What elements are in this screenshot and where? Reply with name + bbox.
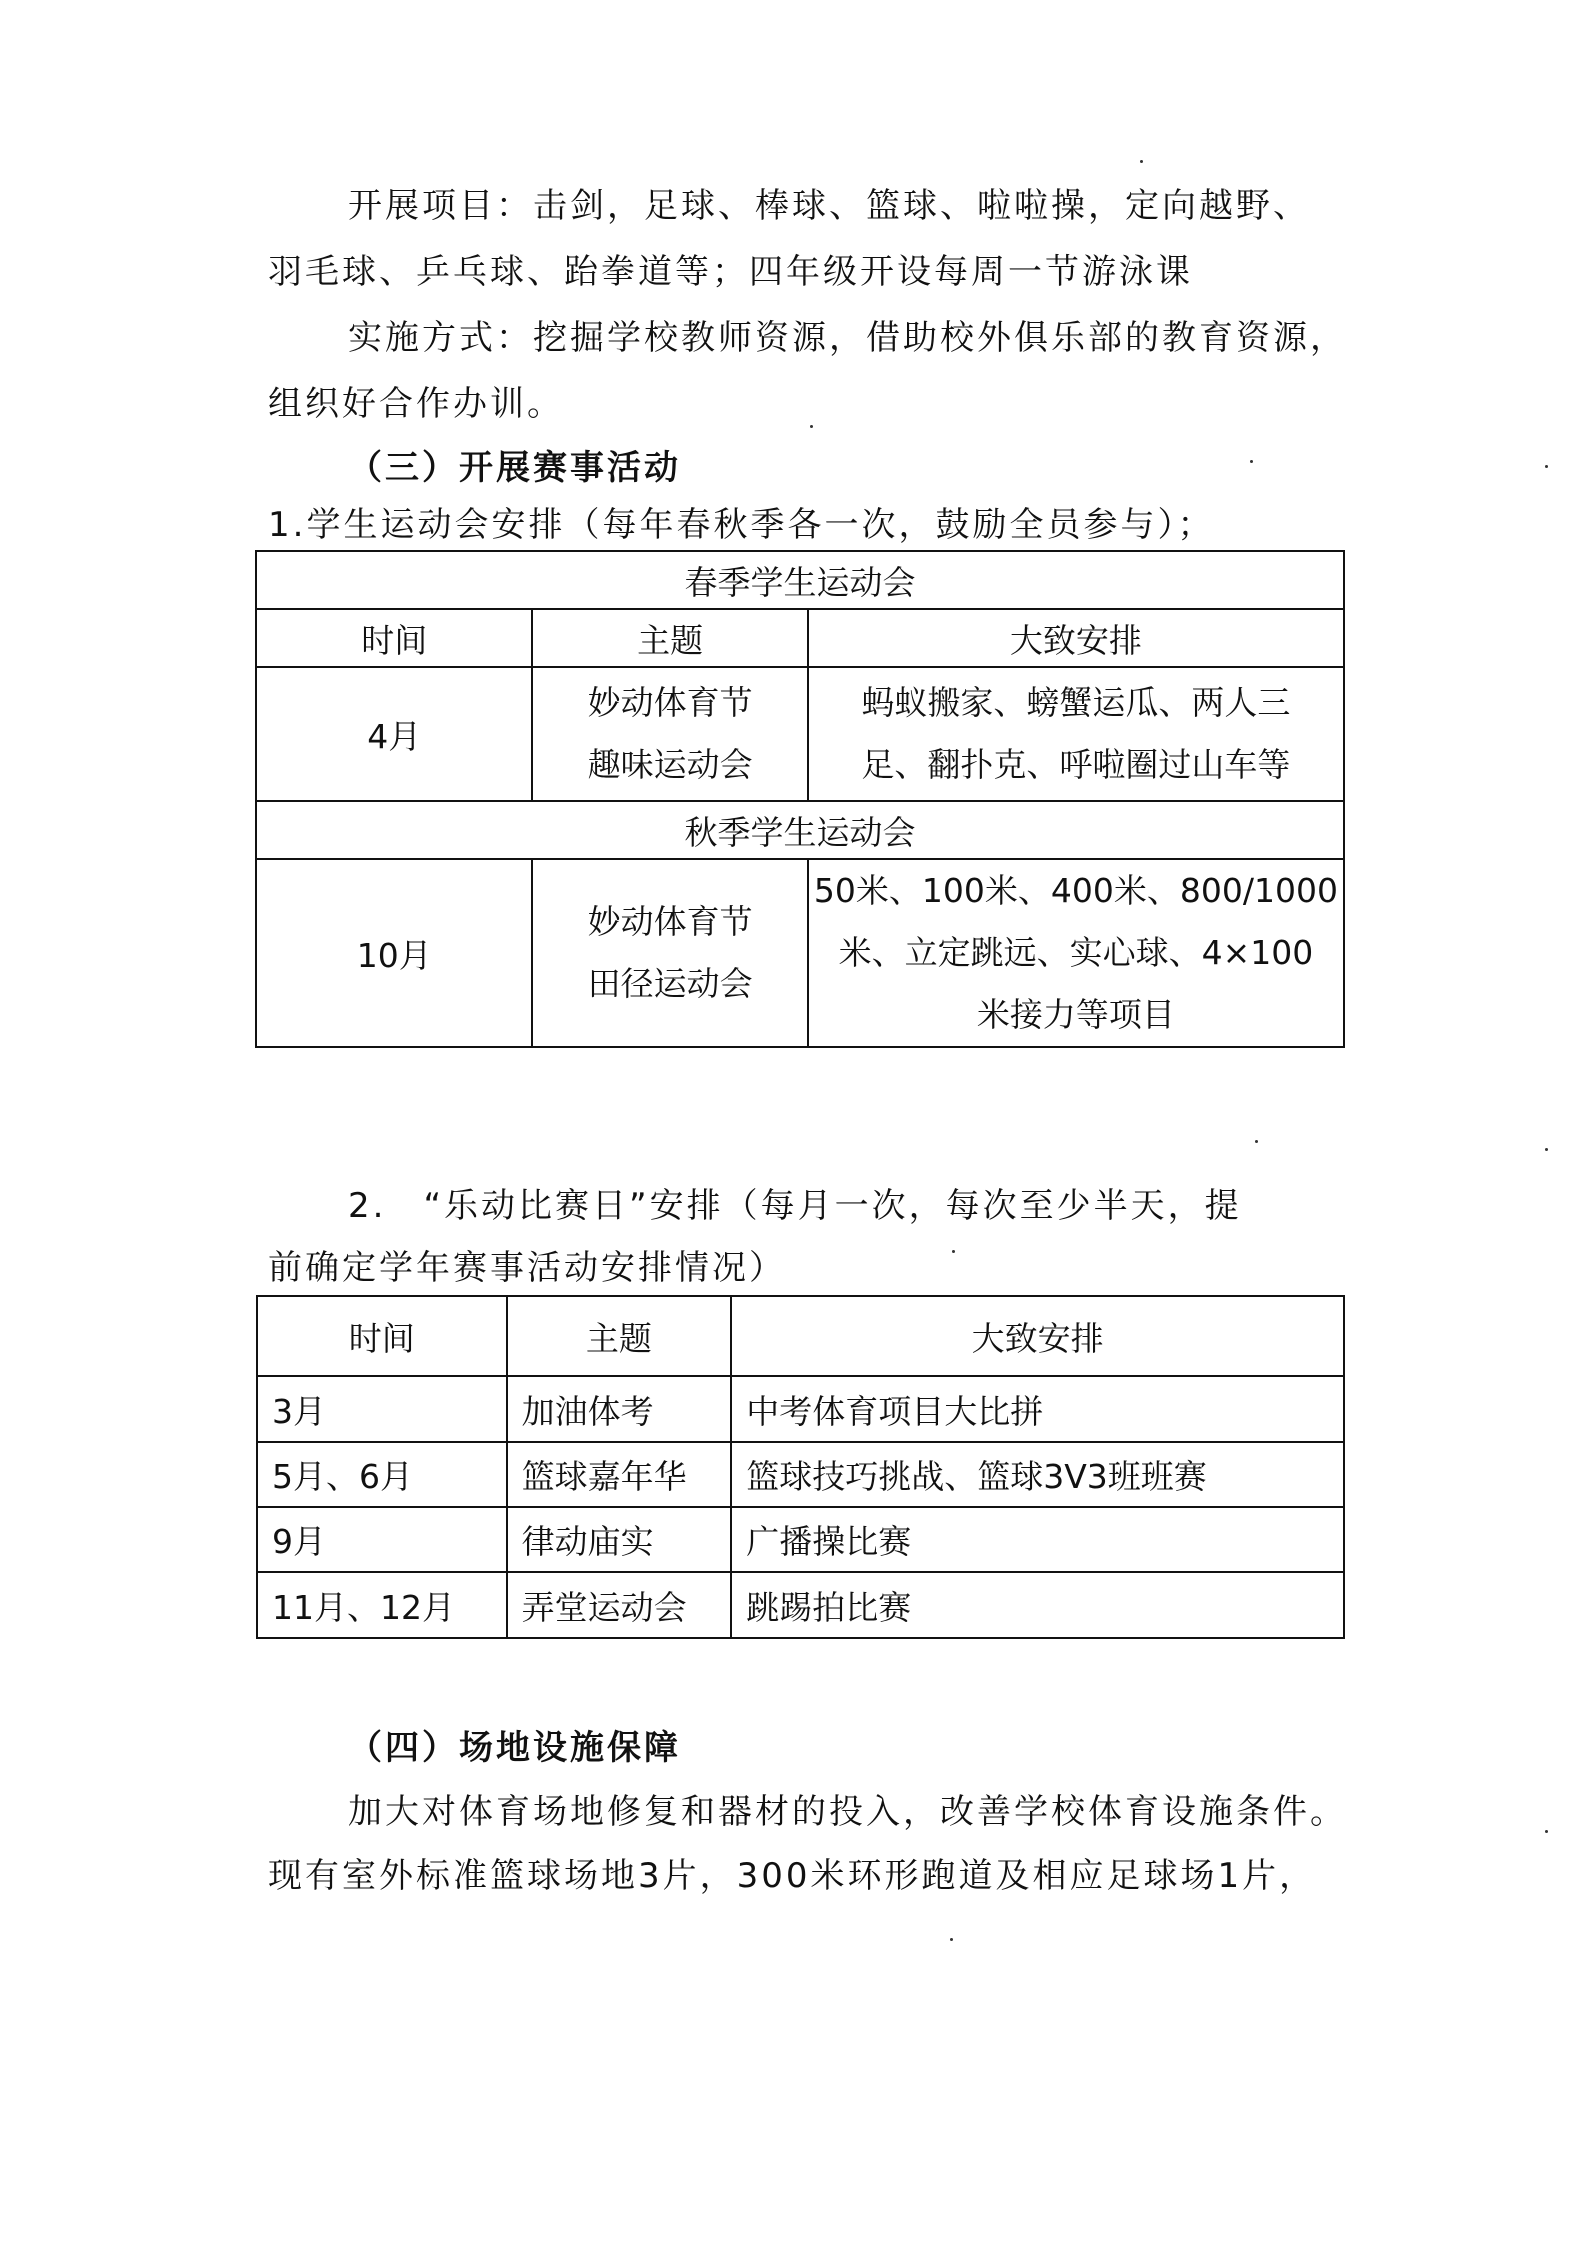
- autumn-plan-line1: 50米、100米、400米、800/1000: [809, 860, 1343, 922]
- scan-speck: [1545, 1148, 1548, 1151]
- autumn-time: 10月: [256, 859, 532, 1047]
- spring-plan-line2: 足、翻扑克、呼啦圈过山车等: [809, 734, 1343, 796]
- autumn-plan: 50米、100米、400米、800/1000 米、立定跳远、实心球、4×100 …: [808, 859, 1344, 1047]
- autumn-plan-line3: 米接力等项目: [809, 984, 1343, 1046]
- paragraph-projects-line1: 开展项目：击剑，足球、棒球、篮球、啦啦操，定向越野、: [348, 186, 1310, 226]
- sports-meet-table: 春季学生运动会 时间 主题 大致安排 4月 妙动体育节 趣味运动会 蚂蚁搬家、螃…: [255, 550, 1345, 1048]
- section4-line1: 加大对体育场地修复和器材的投入，改善学校体育设施条件。: [348, 1792, 1347, 1832]
- item2-line1: 2. “乐动比赛日”安排（每月一次，每次至少半天，提: [348, 1186, 1242, 1226]
- header-plan: 大致安排: [808, 609, 1344, 667]
- header-theme: 主题: [507, 1296, 732, 1376]
- spring-plan: 蚂蚁搬家、螃蟹运瓜、两人三 足、翻扑克、呼啦圈过山车等: [808, 667, 1344, 801]
- row-time: 5月、6月: [257, 1442, 507, 1507]
- item1-text: 1.学生运动会安排（每年春秋季各一次，鼓励全员参与）；: [268, 505, 1214, 545]
- row-theme: 加油体考: [507, 1376, 732, 1442]
- autumn-theme: 妙动体育节 田径运动会: [532, 859, 807, 1047]
- row-plan: 中考体育项目大比拼: [731, 1376, 1344, 1442]
- row-plan: 篮球技巧挑战、篮球3V3班班赛: [731, 1442, 1344, 1507]
- header-theme: 主题: [532, 609, 807, 667]
- spring-meet-title: 春季学生运动会: [256, 551, 1344, 609]
- paragraph-method-line2: 组织好合作办训。: [268, 384, 564, 424]
- section4-heading: （四）场地设施保障: [348, 1728, 681, 1768]
- table-row: 11月、12月 弄堂运动会 跳踢拍比赛: [257, 1572, 1344, 1638]
- scan-speck: [1545, 465, 1548, 468]
- spring-theme: 妙动体育节 趣味运动会: [532, 667, 807, 801]
- row-time: 11月、12月: [257, 1572, 507, 1638]
- scan-speck: [810, 425, 813, 428]
- section3-heading: （三）开展赛事活动: [348, 448, 681, 488]
- scan-speck: [1140, 160, 1143, 163]
- paragraph-projects-line2: 羽毛球、乒乓球、跆拳道等；四年级开设每周一节游泳课: [268, 252, 1193, 292]
- table-row: 3月 加油体考 中考体育项目大比拼: [257, 1376, 1344, 1442]
- spring-plan-line1: 蚂蚁搬家、螃蟹运瓜、两人三: [809, 672, 1343, 734]
- header-time: 时间: [256, 609, 532, 667]
- row-time: 9月: [257, 1507, 507, 1572]
- scan-speck: [1545, 1830, 1548, 1833]
- autumn-plan-line2: 米、立定跳远、实心球、4×100: [809, 922, 1343, 984]
- spring-theme-line2: 趣味运动会: [533, 734, 806, 796]
- spring-time: 4月: [256, 667, 532, 801]
- match-day-table: 时间 主题 大致安排 3月 加油体考 中考体育项目大比拼 5月、6月 篮球嘉年华…: [256, 1295, 1345, 1639]
- row-theme: 篮球嘉年华: [507, 1442, 732, 1507]
- scan-speck: [1250, 460, 1253, 463]
- table-row: 9月 律动庙实 广播操比赛: [257, 1507, 1344, 1572]
- row-plan: 跳踢拍比赛: [731, 1572, 1344, 1638]
- spring-theme-line1: 妙动体育节: [533, 672, 806, 734]
- autumn-theme-line2: 田径运动会: [533, 953, 806, 1015]
- autumn-theme-line1: 妙动体育节: [533, 891, 806, 953]
- row-time: 3月: [257, 1376, 507, 1442]
- header-time: 时间: [257, 1296, 507, 1376]
- autumn-meet-title: 秋季学生运动会: [256, 801, 1344, 859]
- item2-line2: 前确定学年赛事活动安排情况）: [268, 1248, 786, 1288]
- scan-speck: [950, 1938, 953, 1941]
- section4-line2: 现有室外标准篮球场地3片，300米环形跑道及相应足球场1片，: [268, 1856, 1316, 1896]
- scan-speck: [1255, 1140, 1258, 1143]
- row-theme: 弄堂运动会: [507, 1572, 732, 1638]
- table-row: 5月、6月 篮球嘉年华 篮球技巧挑战、篮球3V3班班赛: [257, 1442, 1344, 1507]
- paragraph-method-line1: 实施方式：挖掘学校教师资源，借助校外俱乐部的教育资源，: [348, 318, 1347, 358]
- scan-speck: [952, 1250, 955, 1253]
- row-theme: 律动庙实: [507, 1507, 732, 1572]
- header-plan: 大致安排: [731, 1296, 1344, 1376]
- row-plan: 广播操比赛: [731, 1507, 1344, 1572]
